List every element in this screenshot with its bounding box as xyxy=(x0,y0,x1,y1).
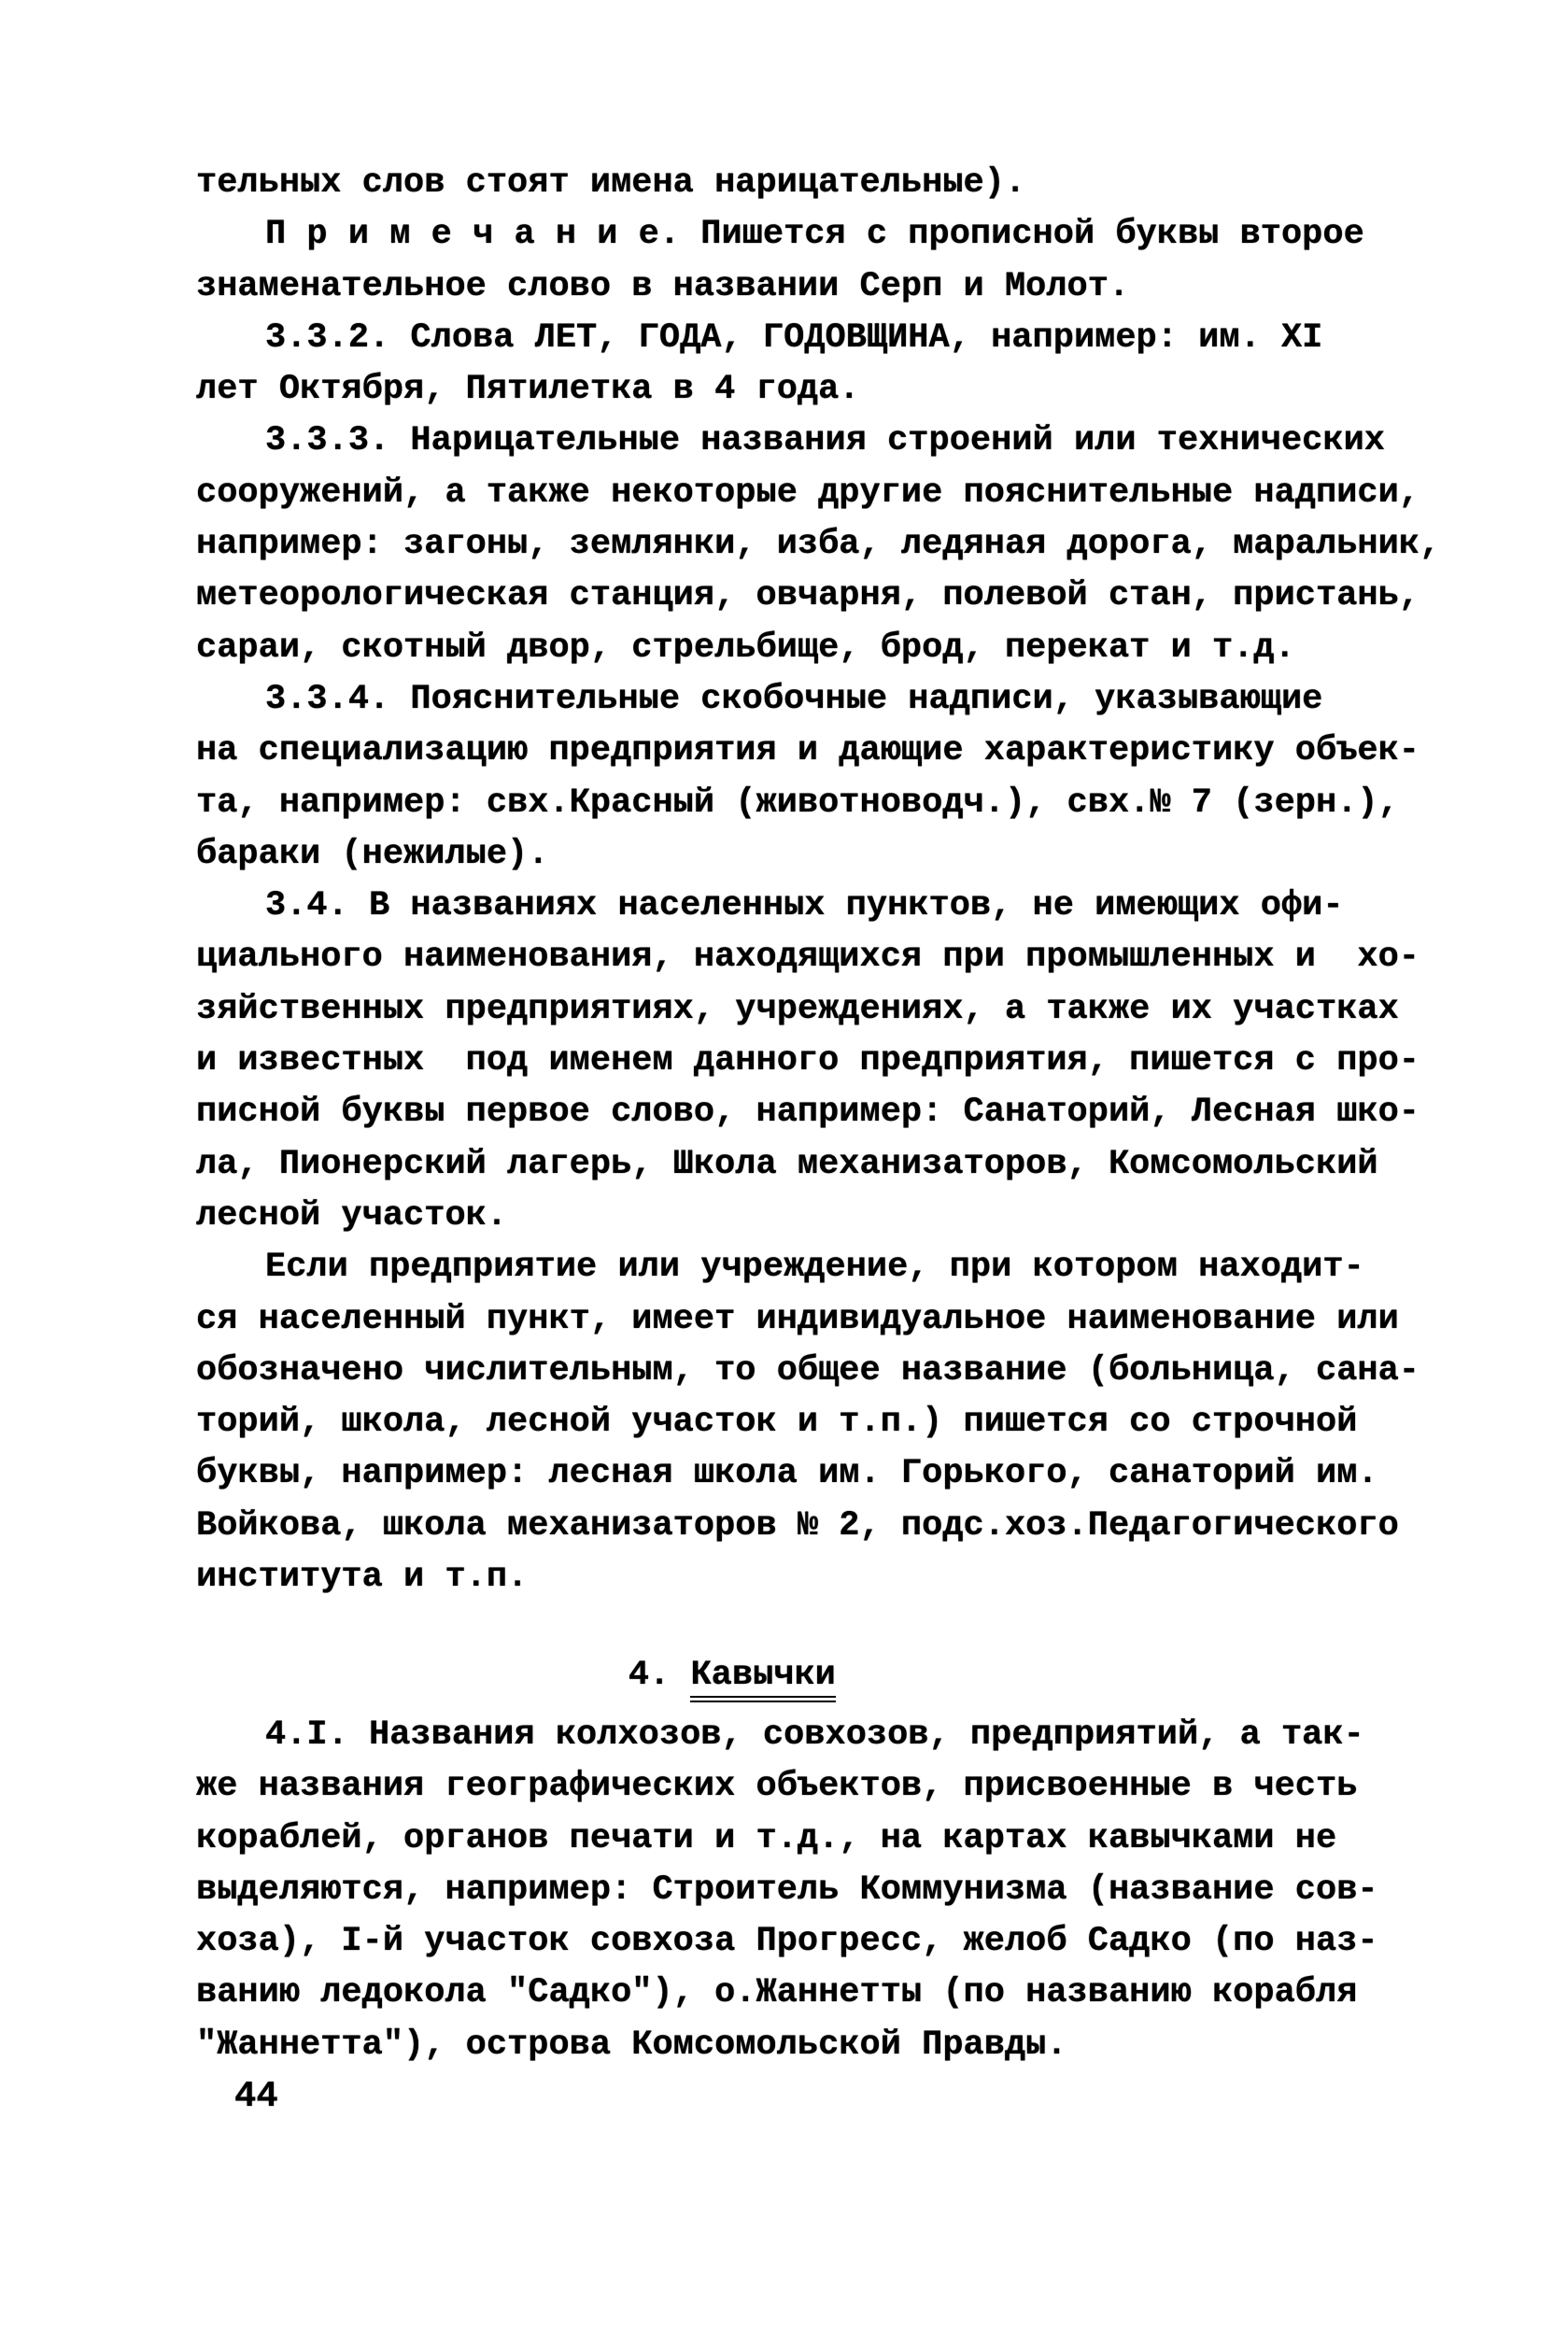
text-line: 3.3.3. Нарицательные названия строений и… xyxy=(196,416,1504,467)
text-line: 3.4. В названиях населенных пунктов, не … xyxy=(196,881,1504,932)
text-body-upper: тельных слов стоят имена нарицательные).… xyxy=(196,158,1504,1603)
text-line: выделяются, например: Строитель Коммуниз… xyxy=(196,1865,1504,1916)
text-line: же названия географических объектов, при… xyxy=(196,1761,1504,1813)
text-line: института и т.п. xyxy=(196,1552,1504,1603)
text-line: 3.3.4. Пояснительные скобочные надписи, … xyxy=(196,674,1504,726)
text-line: торий, школа, лесной участок и т.п.) пиш… xyxy=(196,1397,1504,1448)
text-line: 4.I. Названия колхозов, совхозов, предпр… xyxy=(196,1710,1504,1761)
text-line: сараи, скотный двор, стрельбище, брод, п… xyxy=(196,623,1504,674)
text-line: лет Октября, Пятилетка в 4 года. xyxy=(196,364,1504,416)
text-line: ла, Пионерский лагерь, Школа механизатор… xyxy=(196,1139,1504,1191)
text-line: тельных слов стоят имена нарицательные). xyxy=(196,158,1504,209)
text-line: сооружений, а также некоторые другие поя… xyxy=(196,468,1504,519)
section-number: 4. xyxy=(629,1656,691,1695)
text-line: хоза), I-й участок совхоза Прогресс, жел… xyxy=(196,1916,1504,1968)
text-line: циального наименования, находящихся при … xyxy=(196,932,1504,983)
text-line: кораблей, органов печати и т.д., на карт… xyxy=(196,1814,1504,1865)
text-line: обозначено числительным, то общее назван… xyxy=(196,1346,1504,1397)
text-line: например: загоны, землянки, изба, ледяна… xyxy=(196,519,1504,571)
text-line: Войкова, школа механизаторов № 2, подс.х… xyxy=(196,1501,1504,1552)
text-line: знаменательное слово в названии Серп и М… xyxy=(196,261,1504,313)
text-line: писной буквы первое слово, например: Сан… xyxy=(196,1087,1504,1138)
text-line: метеорологическая станция, овчарня, поле… xyxy=(196,571,1504,622)
text-line: на специализацию предприятия и дающие ха… xyxy=(196,726,1504,777)
section-title: Кавычки xyxy=(690,1656,835,1702)
text-line: бараки (нежилые). xyxy=(196,829,1504,881)
page-number: 44 xyxy=(234,2075,278,2118)
text-line: лесной участок. xyxy=(196,1191,1504,1242)
text-line: буквы, например: лесная школа им. Горько… xyxy=(196,1448,1504,1500)
text-line: П р и м е ч а н и е. Пишется с прописной… xyxy=(196,209,1504,261)
text-line: Если предприятие или учреждение, при кот… xyxy=(196,1242,1504,1293)
text-body-lower: 4.I. Названия колхозов, совхозов, предпр… xyxy=(196,1710,1504,2071)
text-line: ся населенный пункт, имеет индивидуально… xyxy=(196,1294,1504,1346)
text-line: зяйственных предприятиях, учреждениях, а… xyxy=(196,984,1504,1036)
text-line: ванию ледокола "Садко"), о.Жаннетты (по … xyxy=(196,1968,1504,2019)
document-page: тельных слов стоят имена нарицательные).… xyxy=(0,0,1568,2343)
text-line: "Жаннетта"), острова Комсомольской Правд… xyxy=(196,2020,1504,2071)
text-line: 3.3.2. Слова ЛЕТ, ГОДА, ГОДОВЩИНА, напри… xyxy=(196,313,1504,364)
text-line: та, например: свх.Красный (животноводч.)… xyxy=(196,778,1504,829)
text-line: и известных под именем данного предприят… xyxy=(196,1036,1504,1087)
